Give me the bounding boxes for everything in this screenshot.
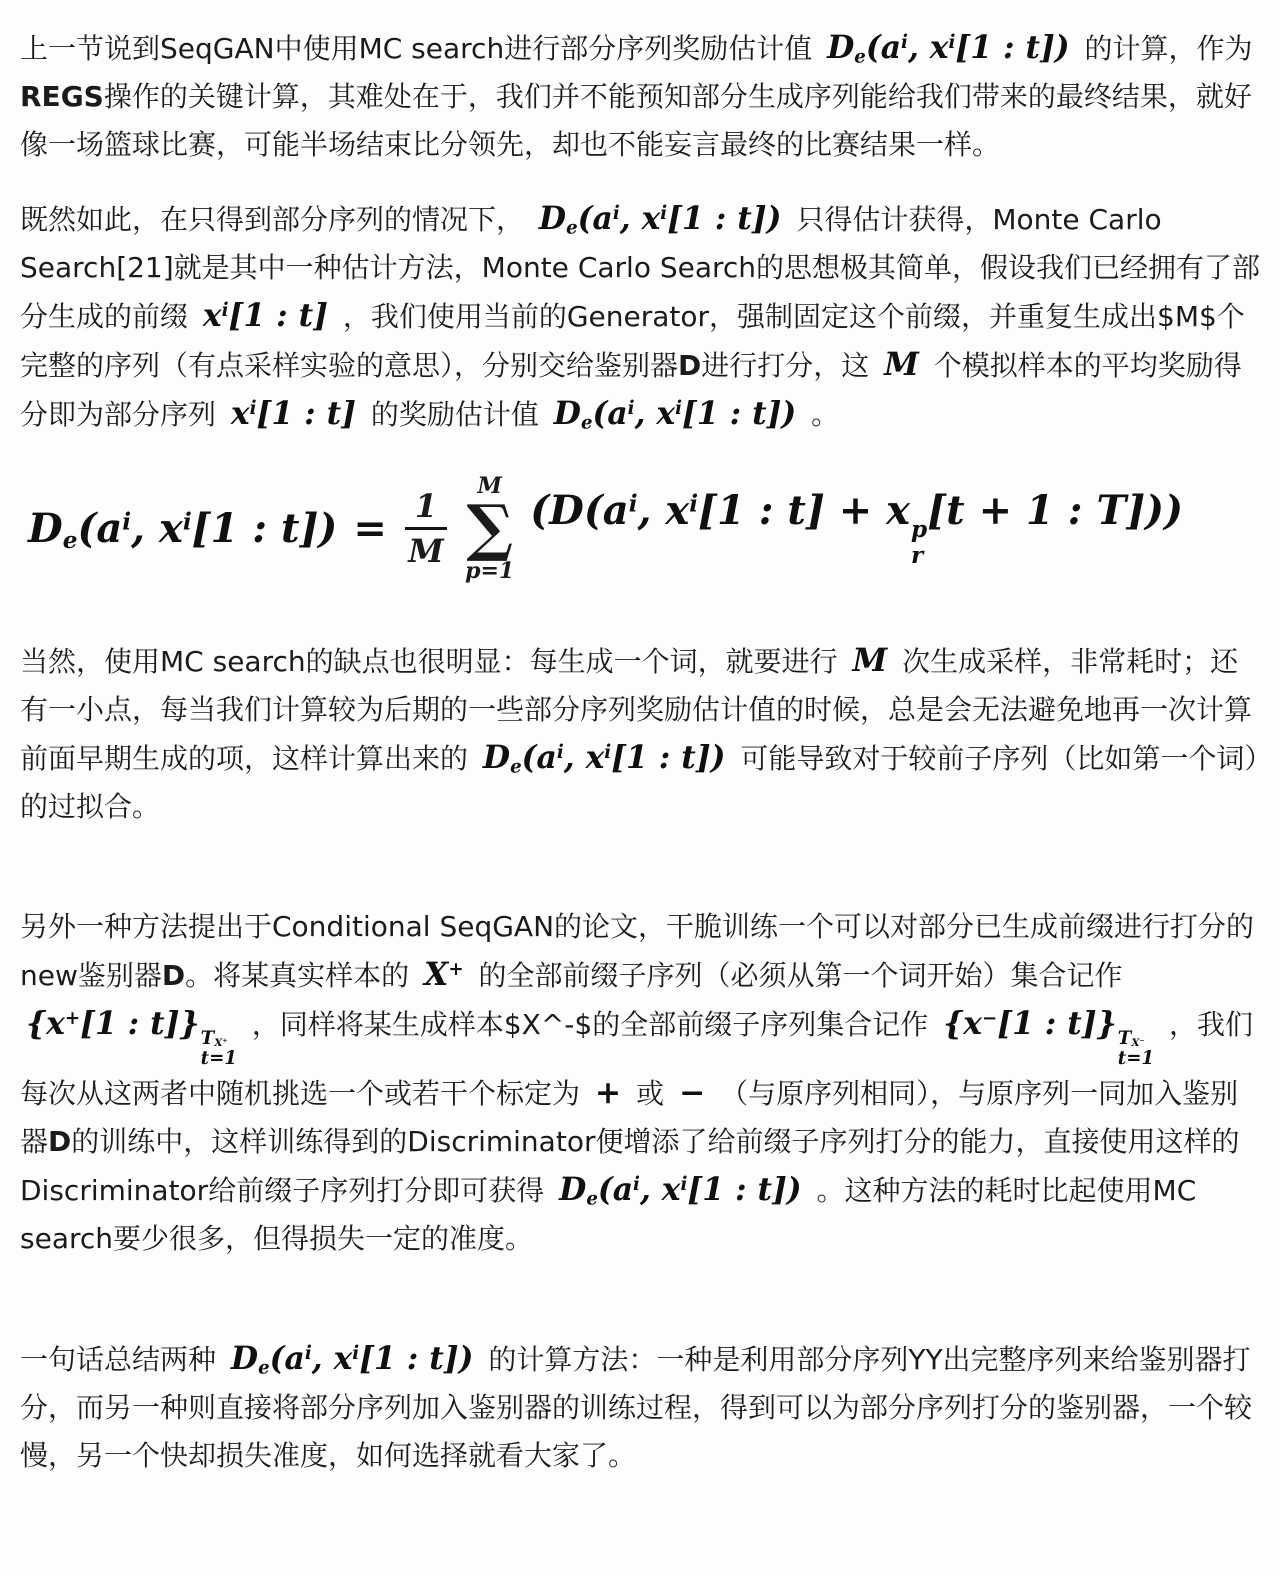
sup-fragment: i — [633, 1174, 640, 1195]
sup-fragment: − — [982, 1008, 997, 1029]
span-fragment: TX+ — [201, 1029, 228, 1049]
span-fragment: t=1 — [1118, 1049, 1154, 1069]
summation: M∑p=1 — [465, 473, 514, 585]
sup-fragment: i — [613, 203, 620, 224]
sub-fragment: e — [258, 1358, 270, 1379]
inline-math: xi[1 : t] — [197, 298, 334, 334]
sub-fragment: e — [63, 527, 78, 554]
text-run: 或 — [627, 1077, 673, 1110]
text-run-bold: D — [162, 959, 185, 992]
sup-fragment: i — [305, 1343, 312, 1364]
text-run: 一句话总结两种 — [20, 1343, 225, 1376]
sup-fragment: + — [222, 1038, 227, 1045]
math-subsup-stack: TX+t=1 — [200, 1029, 237, 1070]
span-fragment: TX− — [1118, 1029, 1145, 1049]
sup-fragment: i — [604, 742, 611, 763]
sub-fragment: e — [566, 218, 578, 239]
sup-fragment: i — [628, 398, 635, 419]
inline-math: − — [673, 1075, 711, 1111]
inline-math: De(ai, xi[1 : t]) — [821, 30, 1076, 66]
sub-fragment: e — [586, 1189, 598, 1210]
text-run: 。 — [802, 398, 839, 431]
sub-fragment: e — [581, 413, 593, 434]
sup-fragment: i — [660, 203, 667, 224]
text-run: 。将某真实样本的 — [185, 959, 418, 992]
text-run: 进行打分，这 — [701, 349, 878, 382]
sup-fragment: − — [1140, 1038, 1145, 1045]
para-summary: 一句话总结两种 De(ai, xi[1 : t]) 的计算方法：一种是利用部分序… — [20, 1335, 1262, 1480]
formula-rhs: (D(ai, xi[1 : t] + xpr[t + 1 : T])) — [524, 489, 1189, 569]
inline-math: {x+[1 : t]}TX+t=1 — [20, 1006, 243, 1042]
sup-fragment: i — [948, 32, 955, 53]
fraction-denominator: M — [408, 530, 443, 570]
math-subsup-stack: pr — [910, 517, 927, 569]
fraction: 1M — [405, 488, 447, 571]
summation-lower-limit: p=1 — [465, 558, 514, 584]
text-run: ，同样将某生成样本$X^-$的全部前缀子序列集合记作 — [243, 1008, 937, 1041]
inline-math: De(ai, xi[1 : t]) — [533, 201, 788, 237]
inline-math: De(ai, xi[1 : t]) — [477, 740, 732, 776]
para-mc-search-drawbacks: 当然，使用MC search的缺点也很明显：每生成一个词，就要进行 M 次生成采… — [20, 637, 1262, 831]
text-run-bold: D — [678, 349, 701, 382]
inline-math: M — [878, 347, 925, 383]
para-monte-carlo-search: 既然如此，在只得到部分序列的情况下， De(ai, xi[1 : t]) 只得估… — [20, 195, 1262, 439]
span-fragment: p — [911, 517, 927, 543]
text-run: 上一节说到SeqGAN中使用MC search进行部分序列奖励估计值 — [20, 32, 821, 65]
formula-mc-reward-estimate: De(ai, xi[1 : t])=1MM∑p=1(D(ai, xi[1 : t… — [22, 473, 1262, 585]
sup-fragment: i — [122, 508, 131, 535]
inline-math: M — [847, 643, 894, 679]
text-run: 的计算，作为 — [1076, 32, 1253, 65]
text-run-bold: D — [48, 1125, 71, 1158]
text-run: 既然如此，在只得到部分序列的情况下， — [20, 203, 533, 236]
text-run-bold: REGS — [20, 80, 104, 113]
para-conditional-seqgan: 另外一种方法提出于Conditional SeqGAN的论文，干脆训练一个可以对… — [20, 903, 1262, 1264]
inline-math: {x−[1 : t]}TX−t=1 — [937, 1006, 1160, 1042]
sup-fragment: i — [557, 742, 564, 763]
sup-fragment: i — [675, 398, 682, 419]
sigma-symbol: ∑ — [466, 499, 513, 558]
sup-fragment: i — [183, 508, 192, 535]
para-mc-search-intro: 上一节说到SeqGAN中使用MC search进行部分序列奖励估计值 De(ai… — [20, 24, 1262, 169]
formula-lhs: De(ai, xi[1 : t]) — [22, 507, 343, 551]
span-fragment: r — [911, 543, 923, 569]
inline-math: De(ai, xi[1 : t]) — [553, 1172, 808, 1208]
sup-fragment: i — [629, 490, 638, 517]
sup-fragment: i — [689, 490, 698, 517]
sub-fragment: e — [510, 756, 522, 777]
text-run: 的全部前缀子序列（必须从第一个词开始）集合记作 — [470, 959, 1123, 992]
math-subsup-stack: TX−t=1 — [1117, 1029, 1154, 1070]
text-run: 操作的关键计算，其难处在于，我们并不能预知部分生成序列能给我们带来的最终结果，就… — [20, 80, 1252, 161]
inline-math: xi[1 : t] — [225, 396, 362, 432]
sub-fragment: e — [854, 47, 866, 68]
equals-sign: = — [343, 507, 397, 551]
sup-fragment: i — [222, 300, 229, 321]
inline-math: + — [589, 1075, 627, 1111]
sup-fragment: i — [352, 1343, 359, 1364]
inline-math: X+ — [418, 957, 470, 993]
sup-fragment: i — [250, 398, 257, 419]
sup-fragment: + — [65, 1008, 80, 1029]
sup-fragment: + — [448, 959, 463, 980]
inline-math: De(ai, xi[1 : t]) — [548, 396, 803, 432]
sup-fragment: i — [681, 1174, 688, 1195]
fraction-numerator: 1 — [405, 488, 447, 531]
inline-math: De(ai, xi[1 : t]) — [225, 1341, 480, 1377]
text-run: 当然，使用MC search的缺点也很明显：每生成一个词，就要进行 — [20, 645, 847, 678]
span-fragment: t=1 — [201, 1049, 237, 1069]
sup-fragment: i — [901, 32, 908, 53]
article: 上一节说到SeqGAN中使用MC search进行部分序列奖励估计值 De(ai… — [0, 0, 1280, 1576]
text-run: 的奖励估计值 — [362, 398, 548, 431]
